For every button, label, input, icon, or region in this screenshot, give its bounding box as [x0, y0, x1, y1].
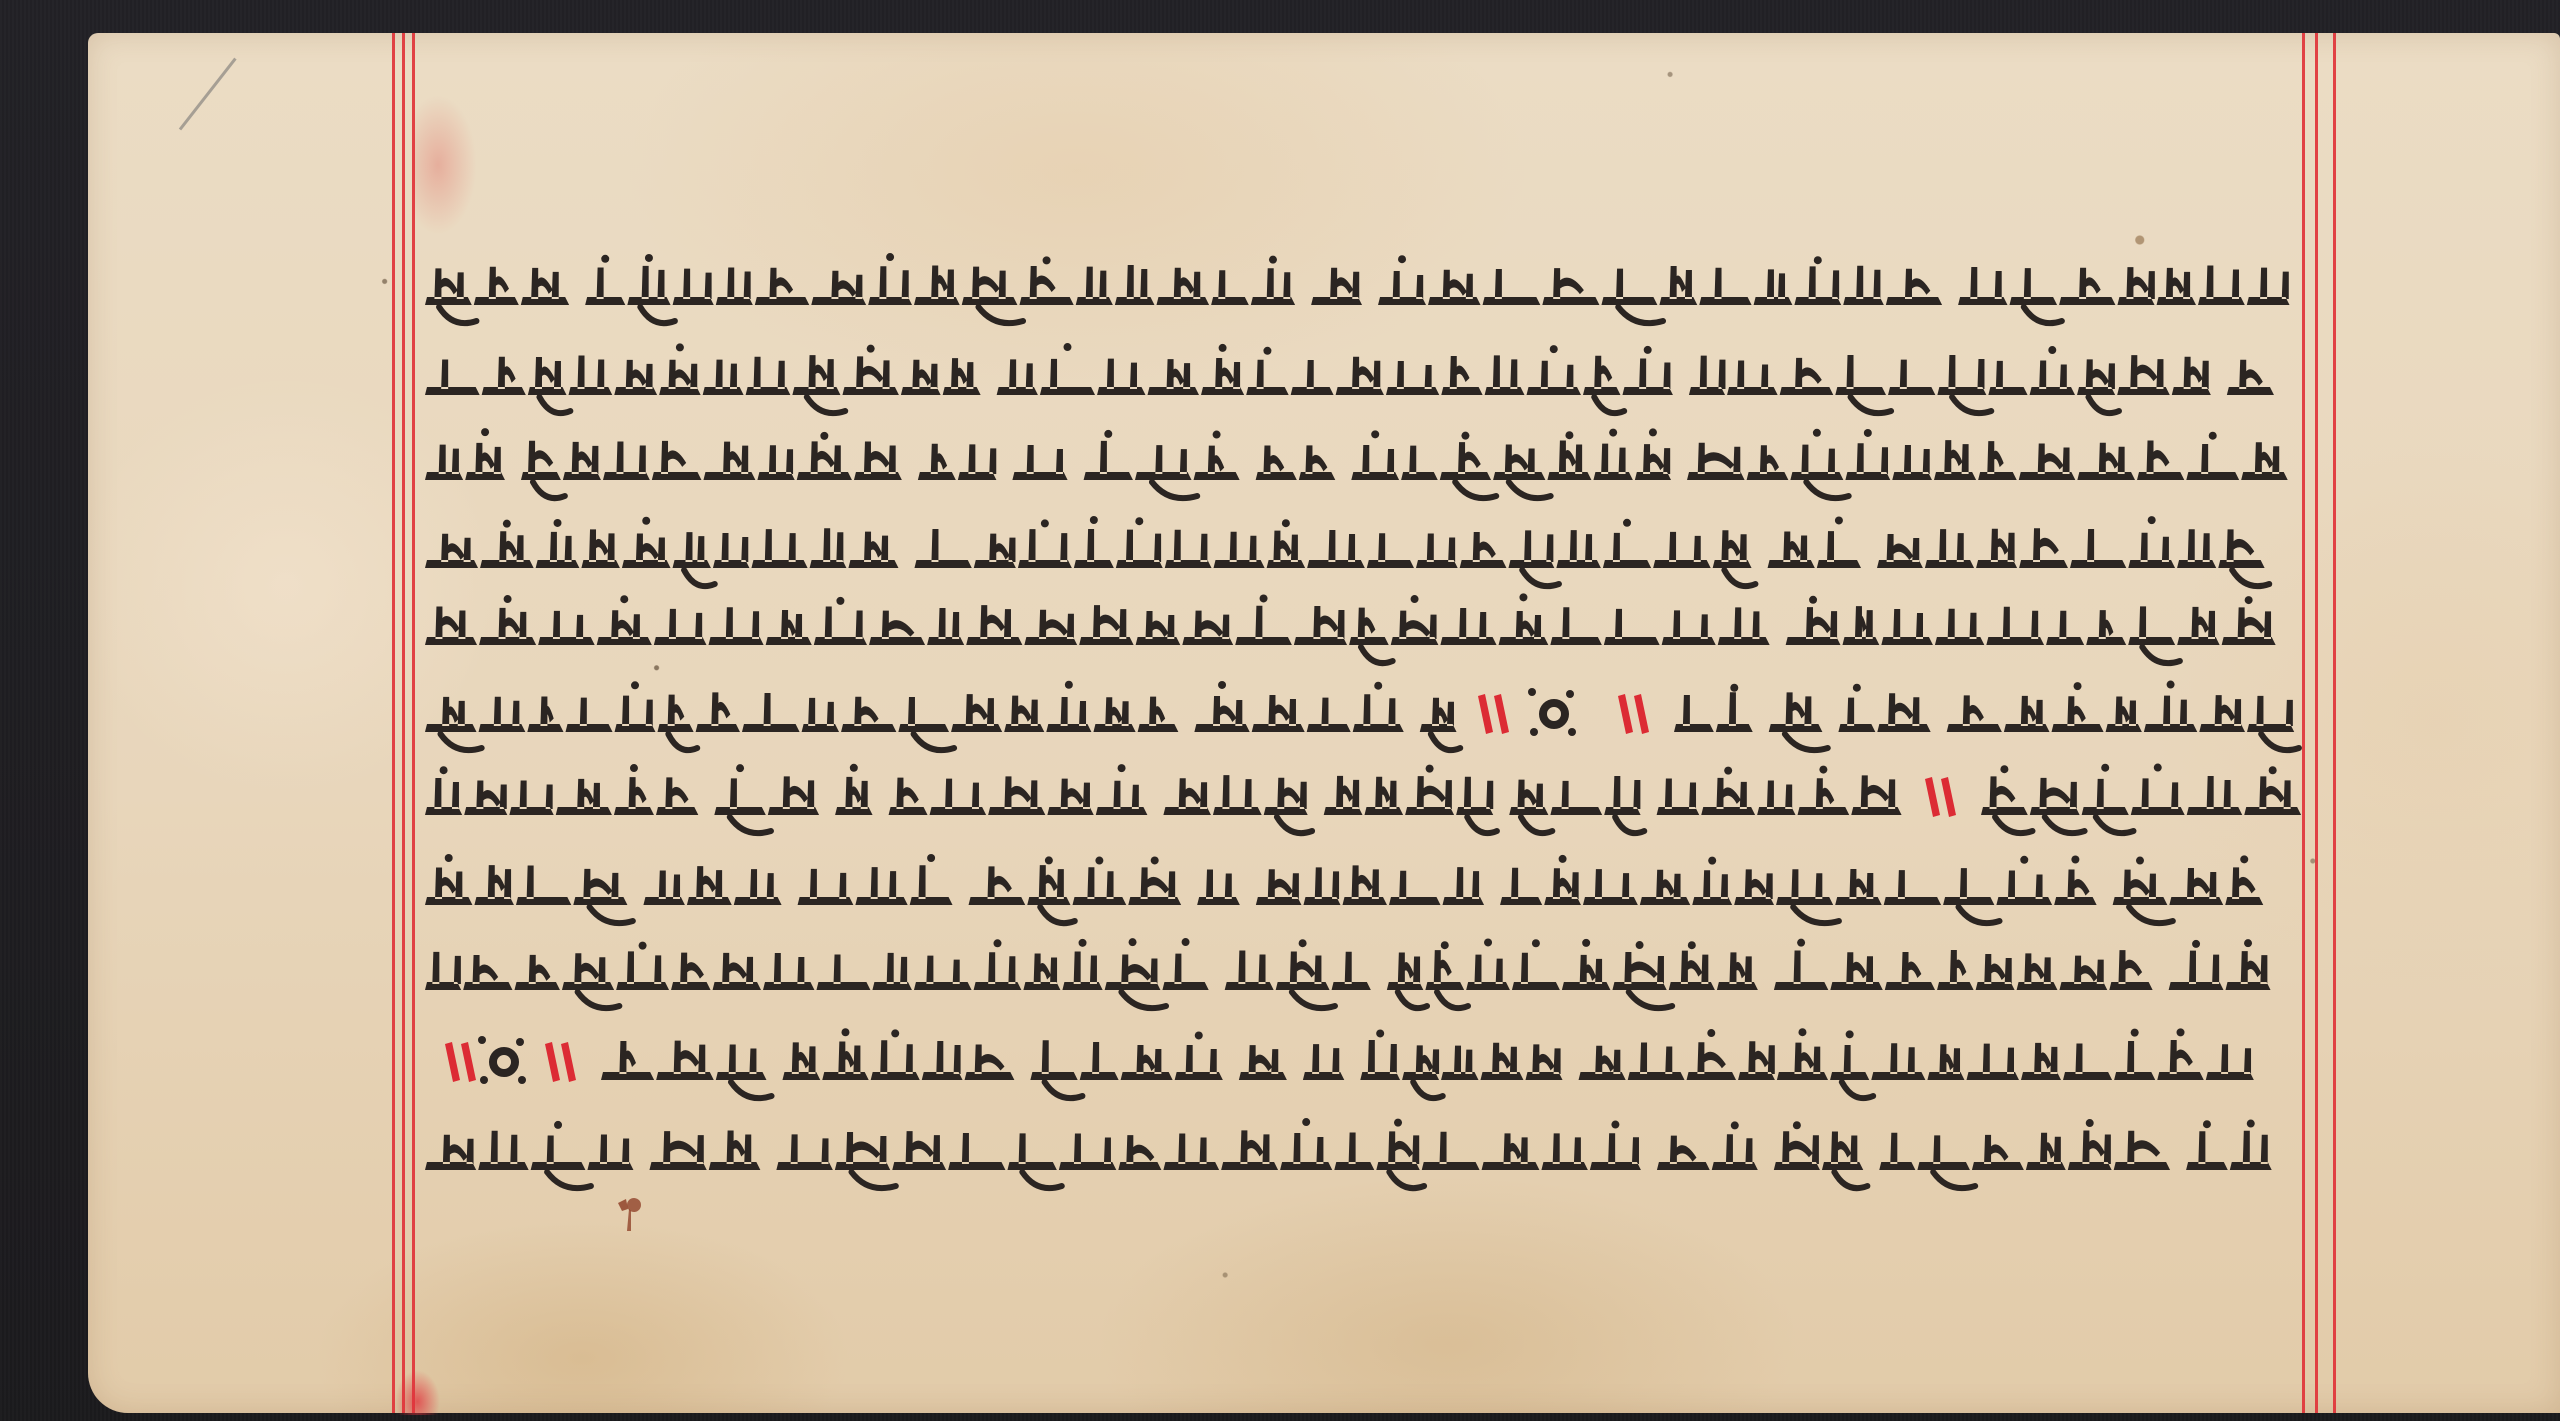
manuscript-line-1: [425, 255, 2303, 315]
left-margin-rule: [402, 33, 405, 1413]
manuscript-line-3: [425, 430, 2303, 490]
left-margin-rule: [392, 33, 395, 1413]
manuscript-text-block: Palm-leaf style paper manuscript folio (…: [425, 250, 2303, 1180]
subject-caption: Palm-leaf style paper manuscript folio (…: [425, 250, 426, 251]
manuscript-line-2: [425, 345, 2303, 405]
manuscript-line-4: [425, 518, 2303, 578]
pencil-mark: [179, 58, 237, 131]
manuscript-line-11: [425, 1120, 2303, 1180]
manuscript-line-6: [425, 682, 2303, 742]
red-stain-bottom: [395, 1370, 440, 1415]
right-margin-rule: [2315, 33, 2318, 1413]
left-margin-rule: [412, 33, 415, 1413]
manuscript-line-7: [425, 765, 2303, 825]
right-margin-rule: [2333, 33, 2336, 1413]
manuscript-line-5: [425, 595, 2303, 655]
red-smudge-mark: [612, 1195, 646, 1235]
manuscript-line-9: [425, 940, 2303, 1000]
red-stain-top: [412, 95, 477, 235]
manuscript-line-8: [425, 855, 2303, 915]
manuscript-line-10: [425, 1030, 2303, 1090]
